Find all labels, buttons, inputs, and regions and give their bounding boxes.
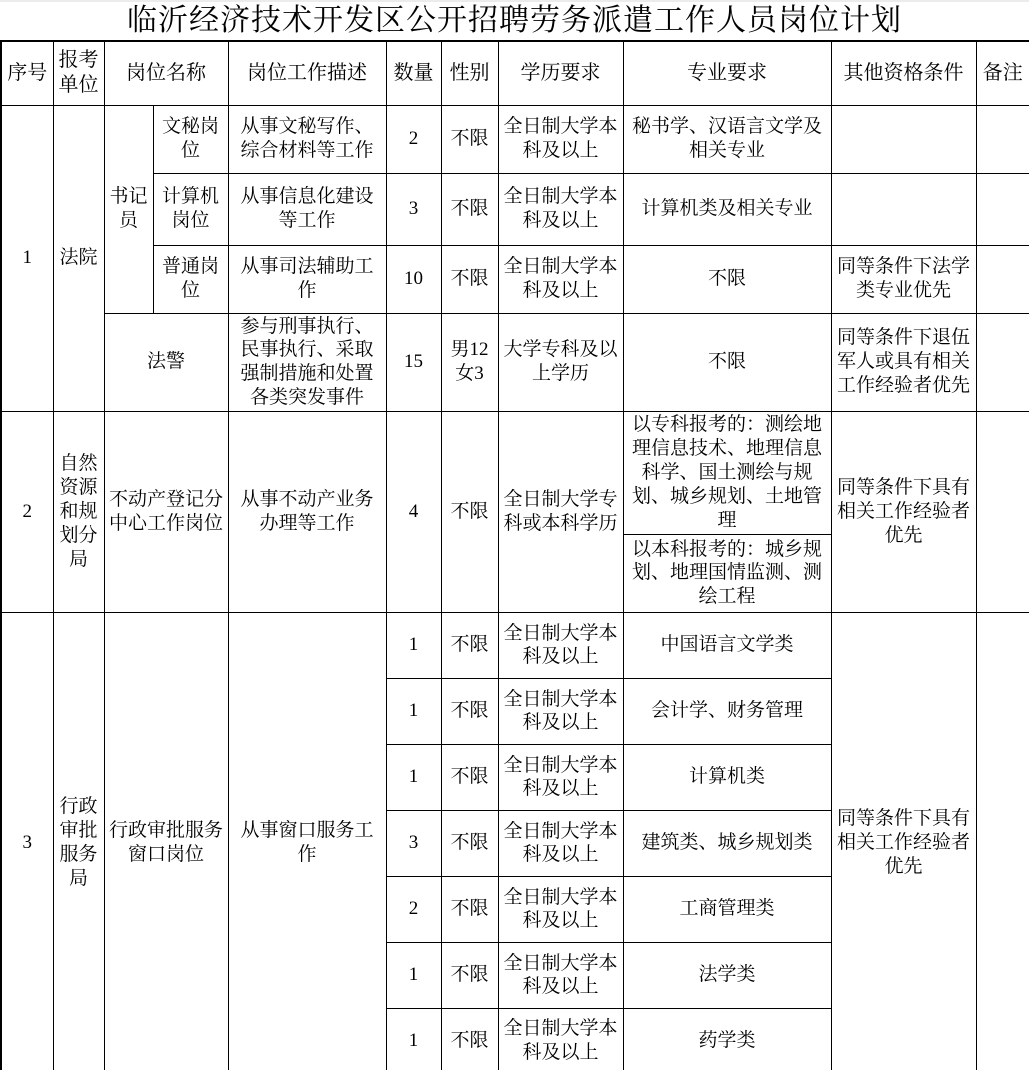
cell-unit-court: 法院 [53, 105, 104, 412]
cell-note [976, 173, 1029, 245]
cell-other-qualifications: 同等条件下具有相关工作经验者优先 [831, 612, 976, 1070]
cell-qty: 15 [386, 313, 441, 412]
cell-note [976, 245, 1029, 313]
cell-major: 不限 [623, 245, 831, 313]
document-page: 临沂经济技术开发区公开招聘劳务派遣工作人员岗位计划 序号 报考单位 岗位名称 岗… [0, 0, 1029, 1070]
cell-position-name: 不动产登记分中心工作岗位 [104, 412, 228, 613]
column-header-seq: 序号 [1, 41, 53, 105]
column-header-qty: 数量 [386, 41, 441, 105]
row-admin-sub-0: 3 行政审批服务局 行政审批服务窗口岗位 从事窗口服务工作 1 不限 全日制大学… [1, 612, 1029, 678]
cell-qty: 1 [386, 678, 441, 744]
cell-group-clerk: 书记员 [104, 105, 153, 313]
cell-qty: 4 [386, 412, 441, 613]
row-natural-resources-college: 2 自然资源和规划分局 不动产登记分中心工作岗位 从事不动产业务办理等工作 4 … [1, 412, 1029, 535]
cell-gender: 不限 [441, 1008, 498, 1070]
cell-gender: 不限 [441, 612, 498, 678]
cell-other-qualifications: 同等条件下法学类专业优先 [831, 245, 976, 313]
cell-edu: 大学专科及以上学历 [498, 313, 623, 412]
cell-edu: 全日制大学本科及以上 [498, 876, 623, 942]
cell-job-desc: 参与刑事执行、民事执行、采取强制措施和处置各类突发事件 [228, 313, 386, 412]
row-court-general: 普通岗位 从事司法辅助工作 10 不限 全日制大学本科及以上 不限 同等条件下法… [1, 245, 1029, 313]
cell-qty: 1 [386, 1008, 441, 1070]
cell-gender: 不限 [441, 942, 498, 1008]
cell-qty: 10 [386, 245, 441, 313]
header-row: 序号 报考单位 岗位名称 岗位工作描述 数量 性别 学历要求 专业要求 其他资格… [1, 41, 1029, 105]
cell-edu: 全日制大学本科及以上 [498, 612, 623, 678]
cell-edu: 全日制大学本科及以上 [498, 810, 623, 876]
cell-seq-natural-resources: 2 [1, 412, 53, 613]
cell-seq-admin: 3 [1, 612, 53, 1070]
cell-note [976, 105, 1029, 173]
cell-qty: 1 [386, 942, 441, 1008]
cell-note [976, 412, 1029, 613]
cell-job-desc: 从事不动产业务办理等工作 [228, 412, 386, 613]
cell-edu: 全日制大学专科或本科学历 [498, 412, 623, 613]
cell-edu: 全日制大学本科及以上 [498, 105, 623, 173]
cell-gender: 不限 [441, 678, 498, 744]
cell-gender: 男12女3 [441, 313, 498, 412]
cell-major-college: 以专科报考的：测绘地理信息技术、地理信息科学、国土测绘与规划、城乡规划、土地管理 [623, 412, 831, 535]
cell-major: 药学类 [623, 1008, 831, 1070]
cell-major: 法学类 [623, 942, 831, 1008]
cell-job-desc: 从事窗口服务工作 [228, 612, 386, 1070]
cell-edu: 全日制大学本科及以上 [498, 245, 623, 313]
cell-gender: 不限 [441, 876, 498, 942]
cell-gender: 不限 [441, 744, 498, 810]
cell-other-qualifications [831, 173, 976, 245]
cell-gender: 不限 [441, 105, 498, 173]
cell-position-name: 法警 [104, 313, 228, 412]
cell-qty: 3 [386, 173, 441, 245]
cell-job-desc: 从事信息化建设等工作 [228, 173, 386, 245]
cell-major: 计算机类及相关专业 [623, 173, 831, 245]
cell-other-qualifications: 同等条件下具有相关工作经验者优先 [831, 412, 976, 613]
cell-unit-natural-resources: 自然资源和规划分局 [53, 412, 104, 613]
cell-major: 建筑类、城乡规划类 [623, 810, 831, 876]
cell-qty: 2 [386, 876, 441, 942]
cell-major: 会计学、财务管理 [623, 678, 831, 744]
cell-position-name: 计算机岗位 [153, 173, 228, 245]
cell-gender: 不限 [441, 173, 498, 245]
cell-edu: 全日制大学本科及以上 [498, 744, 623, 810]
cell-edu: 全日制大学本科及以上 [498, 173, 623, 245]
cell-major-bachelor: 以本科报考的：城乡规划、地理国情监测、测绘工程 [623, 534, 831, 612]
cell-job-desc: 从事文秘写作、综合材料等工作 [228, 105, 386, 173]
row-court-computer: 计算机岗位 从事信息化建设等工作 3 不限 全日制大学本科及以上 计算机类及相关… [1, 173, 1029, 245]
column-header-gender: 性别 [441, 41, 498, 105]
cell-qty: 3 [386, 810, 441, 876]
document-title: 临沂经济技术开发区公开招聘劳务派遣工作人员岗位计划 [0, 2, 1029, 40]
cell-qty: 1 [386, 612, 441, 678]
cell-gender: 不限 [441, 810, 498, 876]
cell-job-desc: 从事司法辅助工作 [228, 245, 386, 313]
cell-note [976, 612, 1029, 1070]
recruitment-plan-table: 序号 报考单位 岗位名称 岗位工作描述 数量 性别 学历要求 专业要求 其他资格… [0, 40, 1029, 1070]
cell-unit-admin: 行政审批服务局 [53, 612, 104, 1070]
column-header-position: 岗位名称 [104, 41, 228, 105]
cell-position-name: 普通岗位 [153, 245, 228, 313]
row-court-bailiff: 法警 参与刑事执行、民事执行、采取强制措施和处置各类突发事件 15 男12女3 … [1, 313, 1029, 412]
cell-position-name: 文秘岗位 [153, 105, 228, 173]
cell-position-name: 行政审批服务窗口岗位 [104, 612, 228, 1070]
cell-other-qualifications [831, 105, 976, 173]
column-header-unit: 报考单位 [53, 41, 104, 105]
cell-note [976, 313, 1029, 412]
column-header-desc: 岗位工作描述 [228, 41, 386, 105]
cell-qty: 2 [386, 105, 441, 173]
cell-major: 秘书学、汉语言文学及相关专业 [623, 105, 831, 173]
cell-gender: 不限 [441, 245, 498, 313]
cell-major: 不限 [623, 313, 831, 412]
cell-seq-court: 1 [1, 105, 53, 412]
column-header-other: 其他资格条件 [831, 41, 976, 105]
column-header-major: 专业要求 [623, 41, 831, 105]
column-header-edu: 学历要求 [498, 41, 623, 105]
cell-edu: 全日制大学本科及以上 [498, 678, 623, 744]
cell-qty: 1 [386, 744, 441, 810]
cell-major: 中国语言文学类 [623, 612, 831, 678]
cell-other-qualifications: 同等条件下退伍军人或具有相关工作经验者优先 [831, 313, 976, 412]
cell-major: 工商管理类 [623, 876, 831, 942]
cell-edu: 全日制大学本科及以上 [498, 1008, 623, 1070]
cell-edu: 全日制大学本科及以上 [498, 942, 623, 1008]
row-court-secretary: 1 法院 书记员 文秘岗位 从事文秘写作、综合材料等工作 2 不限 全日制大学本… [1, 105, 1029, 173]
cell-gender: 不限 [441, 412, 498, 613]
column-header-note: 备注 [976, 41, 1029, 105]
cell-major: 计算机类 [623, 744, 831, 810]
